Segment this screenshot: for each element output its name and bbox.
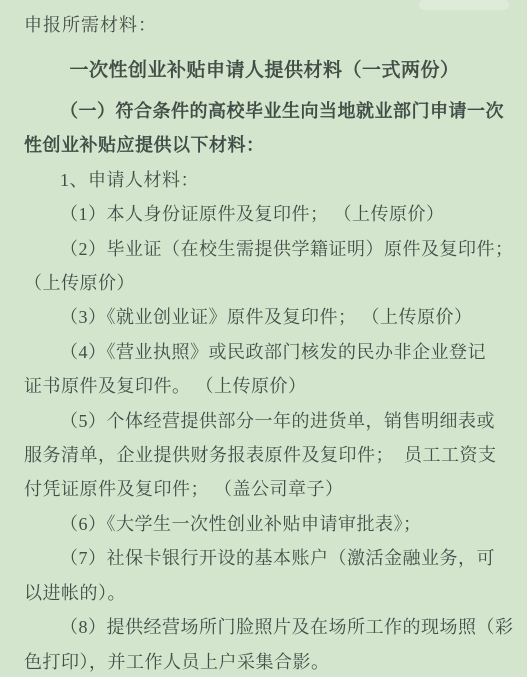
document-line: 证书原件及复印件。 （上传原价） (24, 369, 505, 403)
document-line: （7）社保卡银行开设的基本账户（激活金融业务，可 (24, 541, 505, 575)
document-line: （8）提供经营场所门脸照片及在场所工作的现场照（彩 (24, 610, 505, 644)
document-line: 1、申请人材料： (24, 163, 505, 197)
document: 申报所需材料： 一次性创业补贴申请人提供材料（一式两份） （一）符合条件的高校毕… (0, 0, 527, 677)
document-line: 服务清单，企业提供财务报表原件及复印件； 员工工资支 (24, 438, 505, 472)
document-intro: 申报所需材料： (24, 12, 505, 38)
document-line: 性创业补贴应提供以下材料： (24, 128, 505, 162)
document-line: （2）毕业证（在校生需提供学籍证明）原件及复印件； (24, 232, 505, 266)
document-line: （4）《营业执照》或民政部门核发的民办非企业登记 (24, 335, 505, 369)
document-line: （一）符合条件的高校毕业生向当地就业部门申请一次 (24, 94, 505, 128)
document-line: （1）本人身份证原件及复印件； （上传原价） (24, 197, 505, 231)
document-line: 色打印），并工作人员上户采集合影。 (24, 645, 505, 677)
document-title: 一次性创业补贴申请人提供材料（一式两份） (24, 56, 505, 86)
document-line: 付凭证原件及复印件； （盖公司章子） (24, 472, 505, 506)
document-line: （上传原价） (24, 266, 505, 300)
document-line: （6）《大学生一次性创业补贴申请审批表》； (24, 507, 505, 541)
document-line: （3）《就业创业证》原件及复印件； （上传原价） (24, 300, 505, 334)
scan-artifact (419, 0, 509, 10)
document-line: 以进帐的）。 (24, 576, 505, 610)
document-line: （5）个体经营提供部分一年的进货单，销售明细表或 (24, 404, 505, 438)
document-body: （一）符合条件的高校毕业生向当地就业部门申请一次性创业补贴应提供以下材料：1、申… (24, 94, 505, 677)
